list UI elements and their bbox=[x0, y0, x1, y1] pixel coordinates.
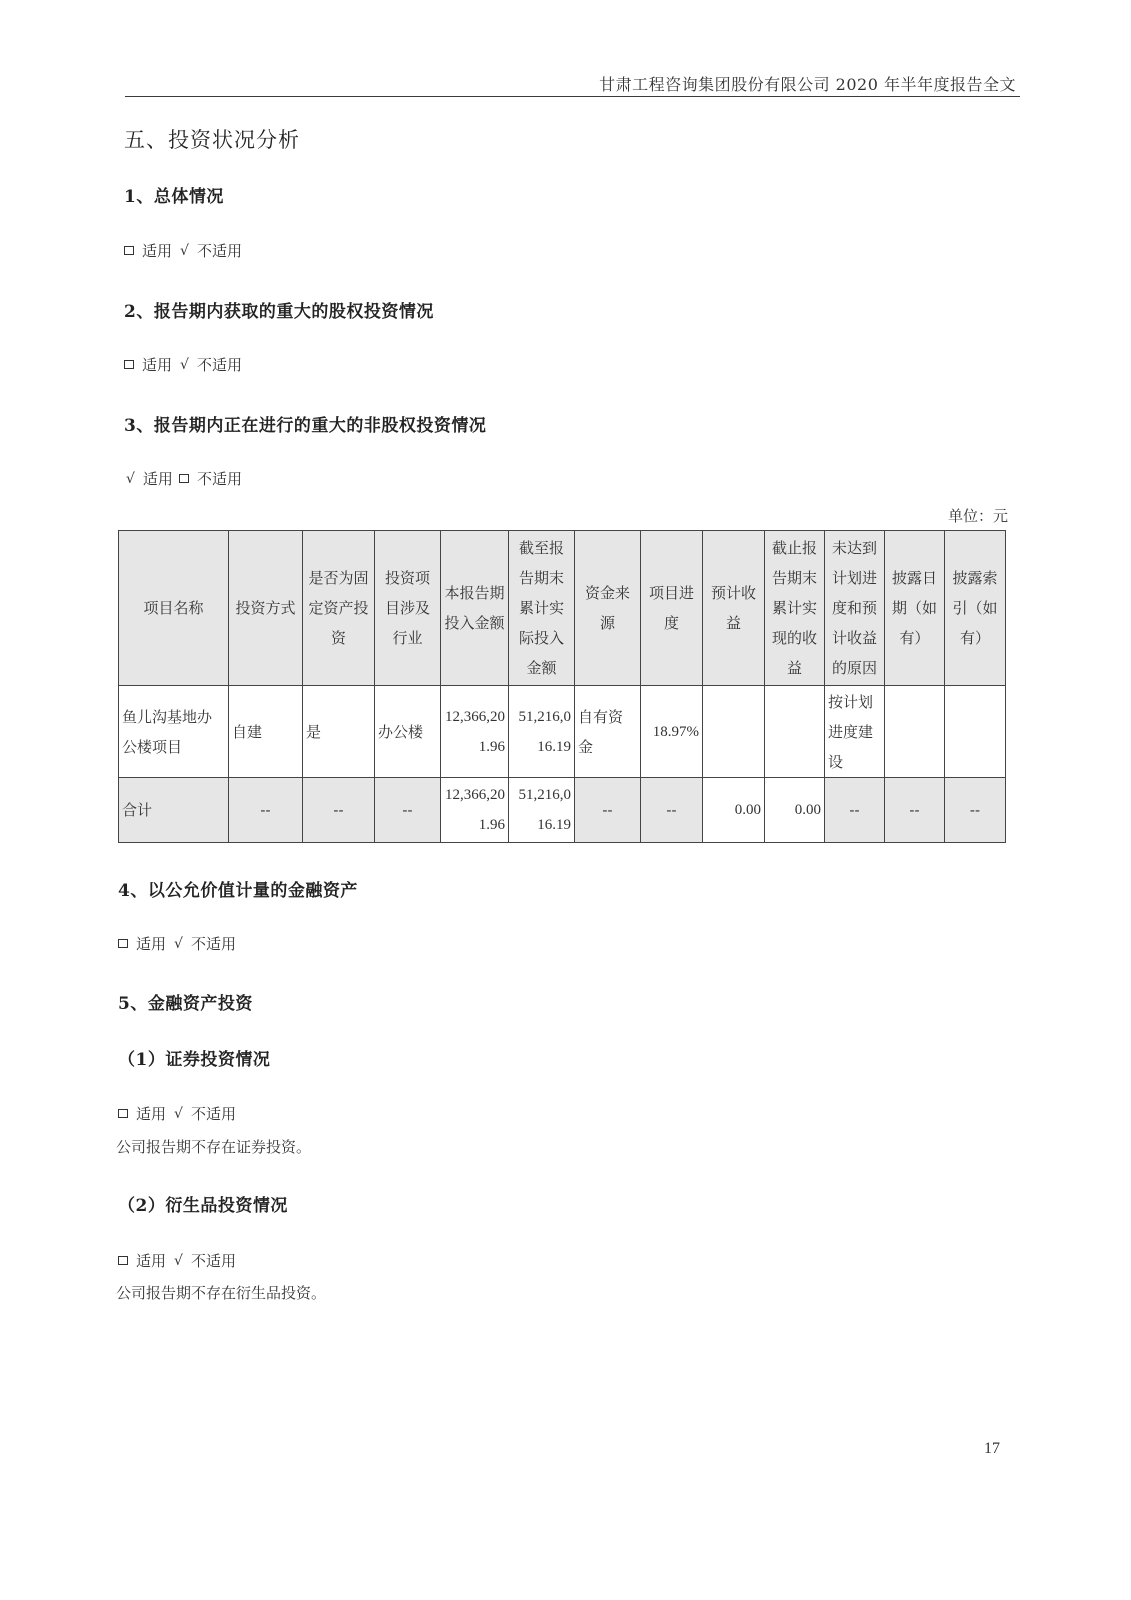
cell-fund-source: 自有资金 bbox=[575, 686, 641, 778]
page-number: 17 bbox=[984, 1440, 1000, 1458]
column-header: 未达到计划进度和预计收益的原因 bbox=[825, 531, 885, 686]
cell-fund-source: -- bbox=[575, 778, 641, 843]
checkbox-empty-icon bbox=[124, 360, 134, 369]
column-header: 披露索引（如有） bbox=[945, 531, 1006, 686]
column-header: 截至报告期末累计实际投入金额 bbox=[509, 531, 575, 686]
cell-realized-return: 0.00 bbox=[765, 778, 825, 843]
subsection-3-title: 3、报告期内正在进行的重大的非股权投资情况 bbox=[124, 411, 486, 436]
option-not-applicable: 不适用 bbox=[191, 933, 236, 954]
column-header: 截止报告期末累计实现的收益 bbox=[765, 531, 825, 686]
applicability-3: √ 适用 不适用 bbox=[124, 468, 242, 489]
checkbox-empty-icon bbox=[118, 1256, 128, 1265]
column-header: 投资项目涉及行业 bbox=[375, 531, 441, 686]
option-applicable: 适用 bbox=[142, 354, 172, 375]
column-header: 本报告期投入金额 bbox=[441, 531, 509, 686]
column-header: 项目进度 bbox=[641, 531, 703, 686]
cell-cumulative-investment: 51,216,016.19 bbox=[509, 686, 575, 778]
cell-disclosure-index: -- bbox=[945, 778, 1006, 843]
option-not-applicable: 不适用 bbox=[197, 468, 242, 489]
option-not-applicable: 不适用 bbox=[197, 354, 242, 375]
table-total-row: 合计 -- -- -- 12,366,201.96 51,216,016.19 … bbox=[119, 778, 1006, 843]
option-not-applicable: 不适用 bbox=[191, 1103, 236, 1124]
cell-fixed-asset: -- bbox=[303, 778, 375, 843]
checkbox-empty-icon bbox=[179, 474, 189, 483]
cell-total-label: 合计 bbox=[119, 778, 229, 843]
cell-realized-return bbox=[765, 686, 825, 778]
applicability-2: 适用 √ 不适用 bbox=[124, 354, 242, 375]
checkmark-icon: √ bbox=[126, 471, 135, 487]
subsection-4-title: 4、以公允价值计量的金融资产 bbox=[118, 876, 358, 901]
cell-disclosure-date bbox=[885, 686, 945, 778]
cell-industry: 办公楼 bbox=[375, 686, 441, 778]
cell-disclosure-date: -- bbox=[885, 778, 945, 843]
column-header: 项目名称 bbox=[119, 531, 229, 686]
table-row: 鱼儿沟基地办公楼项目 自建 是 办公楼 12,366,201.96 51,216… bbox=[119, 686, 1006, 778]
cell-method: 自建 bbox=[229, 686, 303, 778]
option-not-applicable: 不适用 bbox=[197, 240, 242, 261]
checkbox-empty-icon bbox=[118, 1109, 128, 1118]
cell-current-investment: 12,366,201.96 bbox=[441, 686, 509, 778]
column-header: 是否为固定资产投资 bbox=[303, 531, 375, 686]
applicability-4: 适用 √ 不适用 bbox=[118, 933, 236, 954]
applicability-1: 适用 √ 不适用 bbox=[124, 240, 242, 261]
cell-current-investment: 12,366,201.96 bbox=[441, 778, 509, 843]
page-header: 甘肃工程咨询集团股份有限公司 2020 年半年度报告全文 bbox=[125, 70, 1020, 97]
cell-reason: 按计划进度建设 bbox=[825, 686, 885, 778]
subsection-5-2-title: （2）衍生品投资情况 bbox=[118, 1191, 288, 1216]
cell-reason: -- bbox=[825, 778, 885, 843]
cell-disclosure-index bbox=[945, 686, 1006, 778]
cell-fixed-asset: 是 bbox=[303, 686, 375, 778]
checkmark-icon: √ bbox=[180, 243, 189, 259]
cell-industry: -- bbox=[375, 778, 441, 843]
cell-expected-return bbox=[703, 686, 765, 778]
applicability-5-1: 适用 √ 不适用 bbox=[118, 1103, 236, 1124]
cell-method: -- bbox=[229, 778, 303, 843]
unit-label: 单位：元 bbox=[948, 505, 1008, 526]
checkbox-empty-icon bbox=[118, 939, 128, 948]
applicability-5-2: 适用 √ 不适用 bbox=[118, 1250, 236, 1271]
column-header: 投资方式 bbox=[229, 531, 303, 686]
option-not-applicable: 不适用 bbox=[191, 1250, 236, 1271]
cell-progress: 18.97% bbox=[641, 686, 703, 778]
table-header-row: 项目名称 投资方式 是否为固定资产投资 投资项目涉及行业 本报告期投入金额 截至… bbox=[119, 531, 1006, 686]
subsection-5-title: 5、金融资产投资 bbox=[118, 989, 253, 1014]
subsection-1-title: 1、总体情况 bbox=[124, 182, 224, 207]
option-applicable: 适用 bbox=[136, 1103, 166, 1124]
cell-expected-return: 0.00 bbox=[703, 778, 765, 843]
subsection-5-1-title: （1）证券投资情况 bbox=[118, 1045, 270, 1070]
option-applicable: 适用 bbox=[143, 468, 173, 489]
report-title: 甘肃工程咨询集团股份有限公司 2020 年半年度报告全文 bbox=[599, 72, 1016, 95]
column-header: 资金来源 bbox=[575, 531, 641, 686]
cell-cumulative-investment: 51,216,016.19 bbox=[509, 778, 575, 843]
checkbox-empty-icon bbox=[124, 246, 134, 255]
checkmark-icon: √ bbox=[180, 357, 189, 373]
option-applicable: 适用 bbox=[142, 240, 172, 261]
column-header: 预计收益 bbox=[703, 531, 765, 686]
checkmark-icon: √ bbox=[174, 936, 183, 952]
checkmark-icon: √ bbox=[174, 1106, 183, 1122]
option-applicable: 适用 bbox=[136, 1250, 166, 1271]
note-derivatives: 公司报告期不存在衍生品投资。 bbox=[116, 1282, 326, 1303]
cell-progress: -- bbox=[641, 778, 703, 843]
column-header: 披露日期（如有） bbox=[885, 531, 945, 686]
note-securities: 公司报告期不存在证券投资。 bbox=[116, 1136, 311, 1157]
option-applicable: 适用 bbox=[136, 933, 166, 954]
section-title: 五、投资状况分析 bbox=[124, 124, 300, 154]
checkmark-icon: √ bbox=[174, 1253, 183, 1269]
non-equity-investment-table: 项目名称 投资方式 是否为固定资产投资 投资项目涉及行业 本报告期投入金额 截至… bbox=[118, 530, 1006, 843]
cell-project-name: 鱼儿沟基地办公楼项目 bbox=[119, 686, 229, 778]
subsection-2-title: 2、报告期内获取的重大的股权投资情况 bbox=[124, 297, 434, 322]
